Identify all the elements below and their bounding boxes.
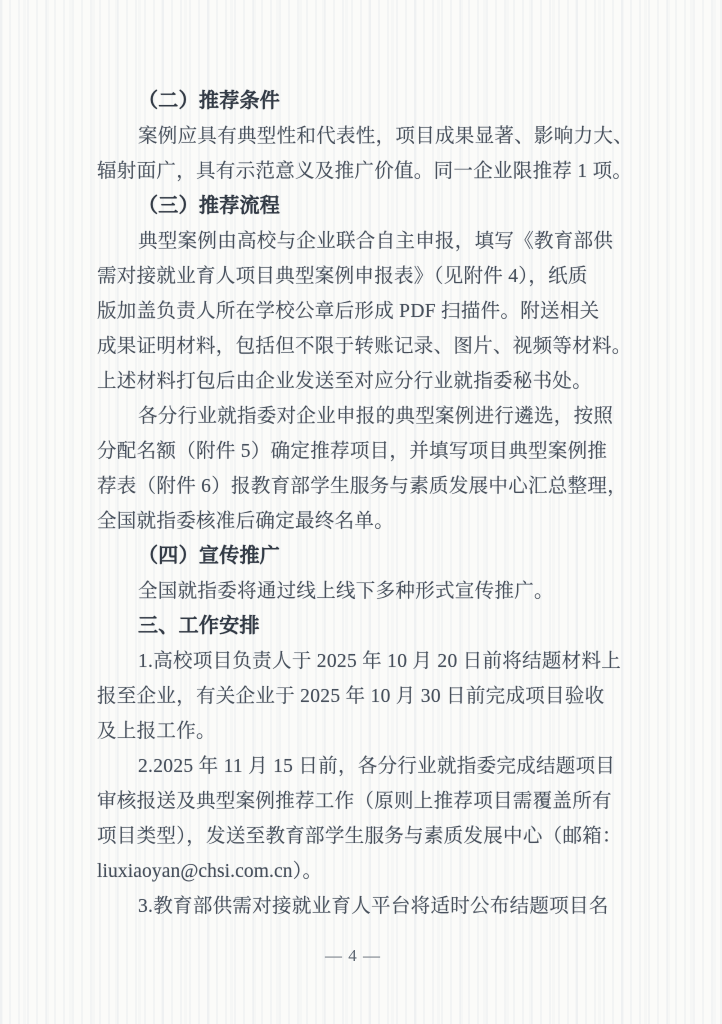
body-line: 3.教育部供需对接就业育人平台将适时公布结题项目名 [97,889,657,924]
body-line: 需对接就业育人项目典型案例申报表》（见附件 4），纸质 [97,259,657,294]
heading-recommendation-conditions: （二）推荐条件 [97,84,657,119]
heading-publicity-promotion: （四）宣传推广 [97,539,657,574]
page-number: — 4 — [0,946,706,966]
body-line-email: liuxiaoyan@chsi.com.cn）。 [97,854,657,889]
body-line: 典型案例由高校与企业联合自主申报，填写《教育部供 [97,224,657,259]
body-line: 项目类型），发送至教育部学生服务与素质发展中心（邮箱： [97,819,657,854]
body-line: 全国就指委核准后确定最终名单。 [97,504,657,539]
document-page: （二）推荐条件 案例应具有典型性和代表性，项目成果显著、影响力大、 辐射面广，具… [0,0,722,1024]
body-line: 审核报送及典型案例推荐工作（原则上推荐项目需覆盖所有 [97,784,657,819]
body-line: 版加盖负责人所在学校公章后形成 PDF 扫描件。附送相关 [97,294,657,329]
body-line: 案例应具有典型性和代表性，项目成果显著、影响力大、 [97,119,657,154]
body-line: 2.2025 年 11 月 15 日前，各分行业就指委完成结题项目 [97,749,657,784]
document-content: （二）推荐条件 案例应具有典型性和代表性，项目成果显著、影响力大、 辐射面广，具… [97,84,657,924]
body-line: 辐射面广，具有示范意义及推广价值。同一企业限推荐 1 项。 [97,154,657,189]
body-line: 荐表（附件 6）报教育部学生服务与素质发展中心汇总整理， [97,469,657,504]
heading-work-arrangement: 三、工作安排 [97,609,657,644]
heading-recommendation-process: （三）推荐流程 [97,189,657,224]
body-line: 1.高校项目负责人于 2025 年 10 月 20 日前将结题材料上 [97,644,657,679]
body-line: 及上报工作。 [97,714,657,749]
body-line: 全国就指委将通过线上线下多种形式宣传推广。 [97,574,657,609]
body-line: 上述材料打包后由企业发送至对应分行业就指委秘书处。 [97,364,657,399]
body-line: 各分行业就指委对企业申报的典型案例进行遴选，按照 [97,399,657,434]
body-line: 报至企业，有关企业于 2025 年 10 月 30 日前完成项目验收 [97,679,657,714]
body-line: 成果证明材料，包括但不限于转账记录、图片、视频等材料。 [97,329,657,364]
body-line: 分配名额（附件 5）确定推荐项目，并填写项目典型案例推 [97,434,657,469]
